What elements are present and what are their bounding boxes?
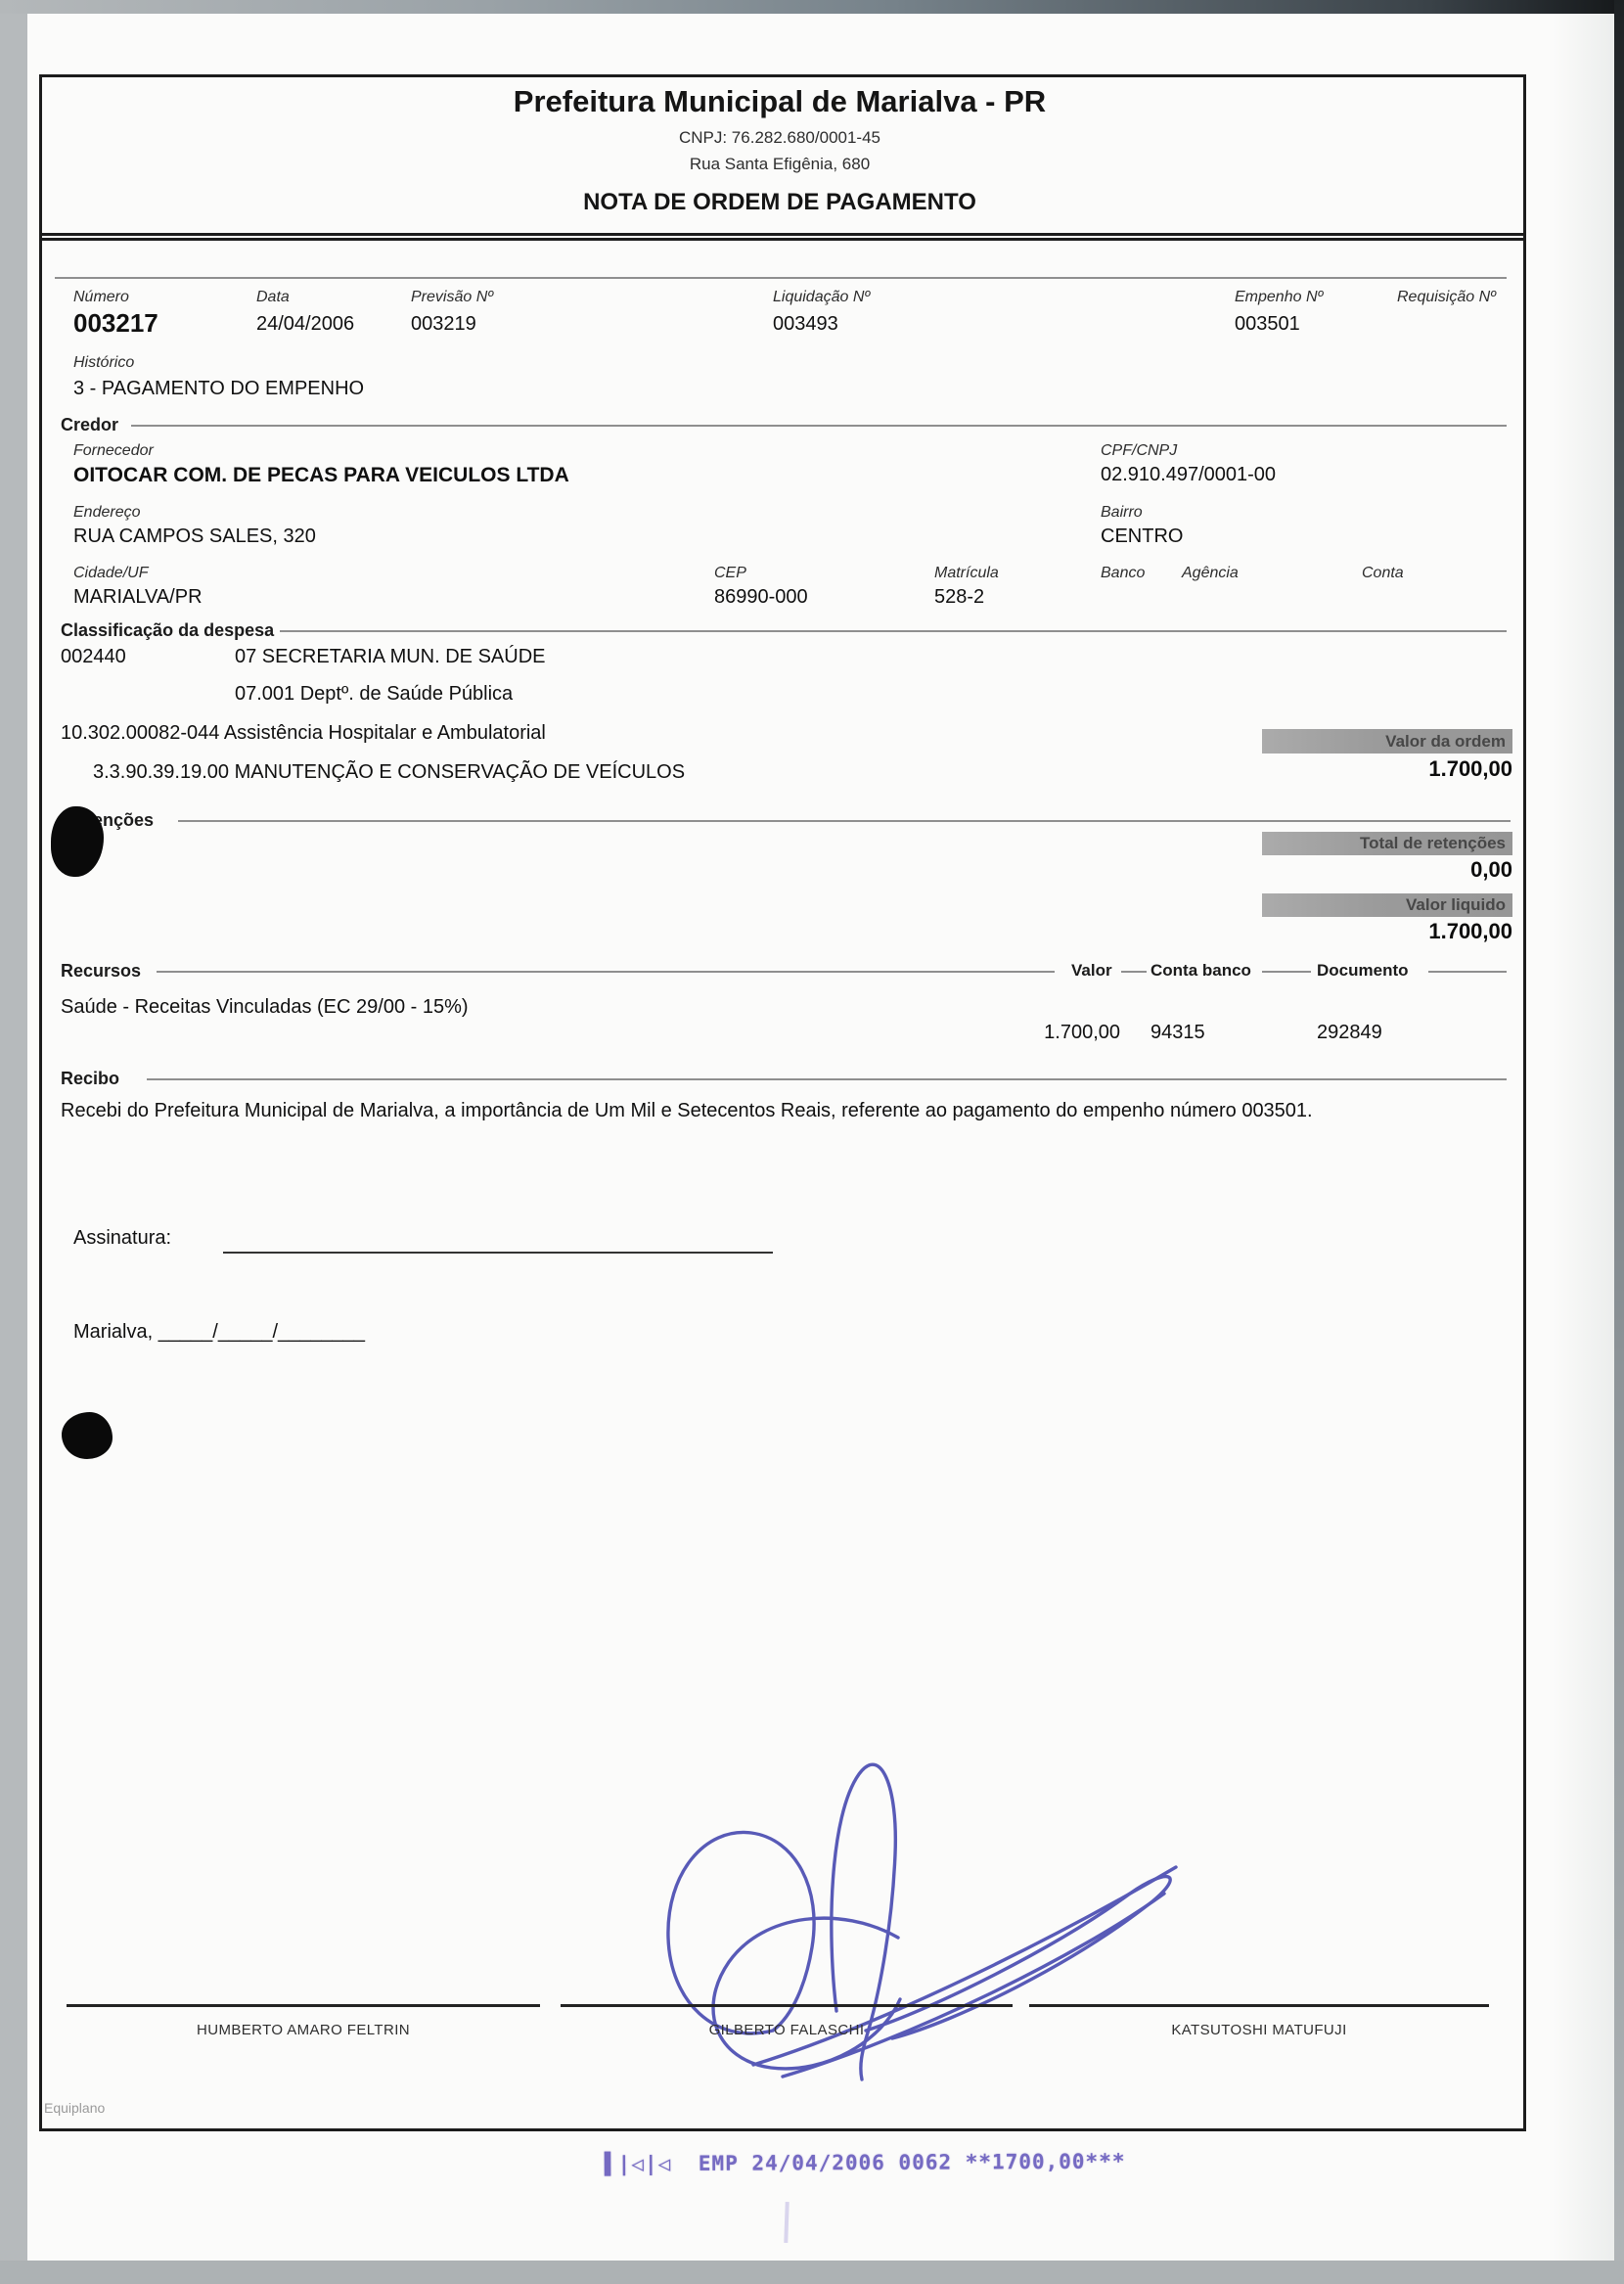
valor-liquido-bar: Valor liquido [1262,893,1512,917]
recibo-texto: Recebi do Prefeitura Municipal de Marial… [61,1100,1509,1122]
scanned-payment-order-page: Prefeitura Municipal de Marialva - PR CN… [0,0,1624,2284]
signatory-name-3: KATSUTOSHI MATUFUJI [1029,2022,1489,2038]
fornecedor-value: OITOCAR COM. DE PECAS PARA VEICULOS LTDA [73,464,569,487]
classificacao-natureza: 3.3.90.39.19.00 MANUTENÇÃO E CONSERVAÇÃO… [93,761,685,784]
signature-line-3 [1029,2004,1489,2007]
signature-line-1 [67,2004,540,2007]
valor-ordem-bar: Valor da ordem [1262,729,1512,754]
empenho-value: 003501 [1235,313,1300,336]
classificacao-unidade: 07.001 Deptº. de Saúde Pública [235,683,513,706]
conta-label: Conta [1362,565,1404,582]
historico-value: 3 - PAGAMENTO DO EMPENHO [73,378,364,400]
ink-blot-2 [62,1412,113,1459]
cpf-cnpj-label: CPF/CNPJ [1101,442,1177,460]
classificacao-rule [280,630,1507,632]
classificacao-codigo: 002440 [61,646,126,668]
entity-address: Rua Santa Efigênia, 680 [39,155,1520,174]
matricula-label: Matrícula [934,565,999,582]
requisicao-label: Requisição Nº [1397,289,1496,306]
agencia-label: Agência [1182,565,1239,582]
cidade-value: MARIALVA/PR [73,586,203,609]
entity-cnpj: CNPJ: 76.282.680/0001-45 [39,128,1520,148]
recursos-conta: 94315 [1150,1022,1205,1044]
endereco-value: RUA CAMPOS SALES, 320 [73,525,316,548]
fornecedor-label: Fornecedor [73,442,154,460]
classificacao-orgao: 07 SECRETARIA MUN. DE SAÚDE [235,646,545,668]
recursos-rule [157,971,1055,973]
assinatura-line [223,1252,773,1254]
numero-value: 003217 [73,308,158,339]
classificacao-funcional: 10.302.00082-044 Assistência Hospitalar … [61,722,546,745]
recursos-fonte: Saúde - Receitas Vinculadas (EC 29/00 - … [61,996,469,1019]
endereco-label: Endereço [73,504,141,522]
bairro-label: Bairro [1101,504,1143,522]
numero-label: Número [73,289,129,306]
scanner-edge-bottom [0,2261,1624,2284]
recursos-conta-header: Conta banco [1150,961,1251,981]
local-data-line: Marialva, _____/_____/________ [73,1321,365,1344]
previsao-label: Previsão Nº [411,289,493,306]
matricula-value: 528-2 [934,586,984,609]
data-label: Data [256,289,290,306]
recursos-dash-2 [1262,971,1311,973]
classificacao-section-label: Classificação da despesa [61,620,274,641]
stamp-text: EMP 24/04/2006 0062 **1700,00*** [699,2150,1126,2175]
valor-liquido-value: 1.700,00 [1262,919,1512,944]
recursos-dash-1 [1121,971,1147,973]
signatory-name-1: HUMBERTO AMARO FELTRIN [67,2022,540,2038]
stamp-symbols: ▌|◁|◁ [605,2152,671,2175]
cep-label: CEP [714,565,746,582]
recursos-documento-header: Documento [1317,961,1409,981]
recursos-dash-3 [1428,971,1507,973]
info-top-rule [55,277,1507,279]
recibo-section-label: Recibo [61,1069,119,1089]
system-watermark: Equiplano [44,2100,105,2116]
entity-title: Prefeitura Municipal de Marialva - PR [39,84,1520,119]
credor-section-label: Credor [61,415,118,435]
total-retencoes-bar: Total de retenções [1262,832,1512,855]
page-title: NOTA DE ORDEM DE PAGAMENTO [39,189,1520,216]
recursos-section-label: Recursos [61,961,141,982]
recursos-documento: 292849 [1317,1022,1382,1044]
scanner-edge-right [1614,0,1624,2284]
retencoes-rule [178,820,1511,822]
cpf-cnpj-value: 02.910.497/0001-00 [1101,464,1276,486]
credor-rule [131,425,1507,427]
empenho-label: Empenho Nº [1235,289,1323,306]
validator-stamp: ▌|◁|◁ EMP 24/04/2006 0062 **1700,00*** [605,2150,1126,2176]
valor-ordem-value: 1.700,00 [1262,756,1512,782]
previsao-value: 003219 [411,313,476,336]
historico-label: Histórico [73,354,134,372]
signature-line-2 [561,2004,1013,2007]
recursos-valor: 1.700,00 [998,1022,1120,1044]
assinatura-label: Assinatura: [73,1227,171,1250]
signatory-name-2: GILBERTO FALASCHI [561,2022,1013,2038]
total-retencoes-value: 0,00 [1262,857,1512,883]
liquidacao-label: Liquidação Nº [773,289,870,306]
cep-value: 86990-000 [714,586,808,609]
bairro-value: CENTRO [1101,525,1183,548]
scanner-edge-top [0,0,1624,14]
recursos-valor-header: Valor [1071,961,1112,981]
banco-label: Banco [1101,565,1145,582]
recibo-rule [147,1078,1507,1080]
data-value: 24/04/2006 [256,313,354,336]
cidade-label: Cidade/UF [73,565,148,582]
liquidacao-value: 003493 [773,313,838,336]
